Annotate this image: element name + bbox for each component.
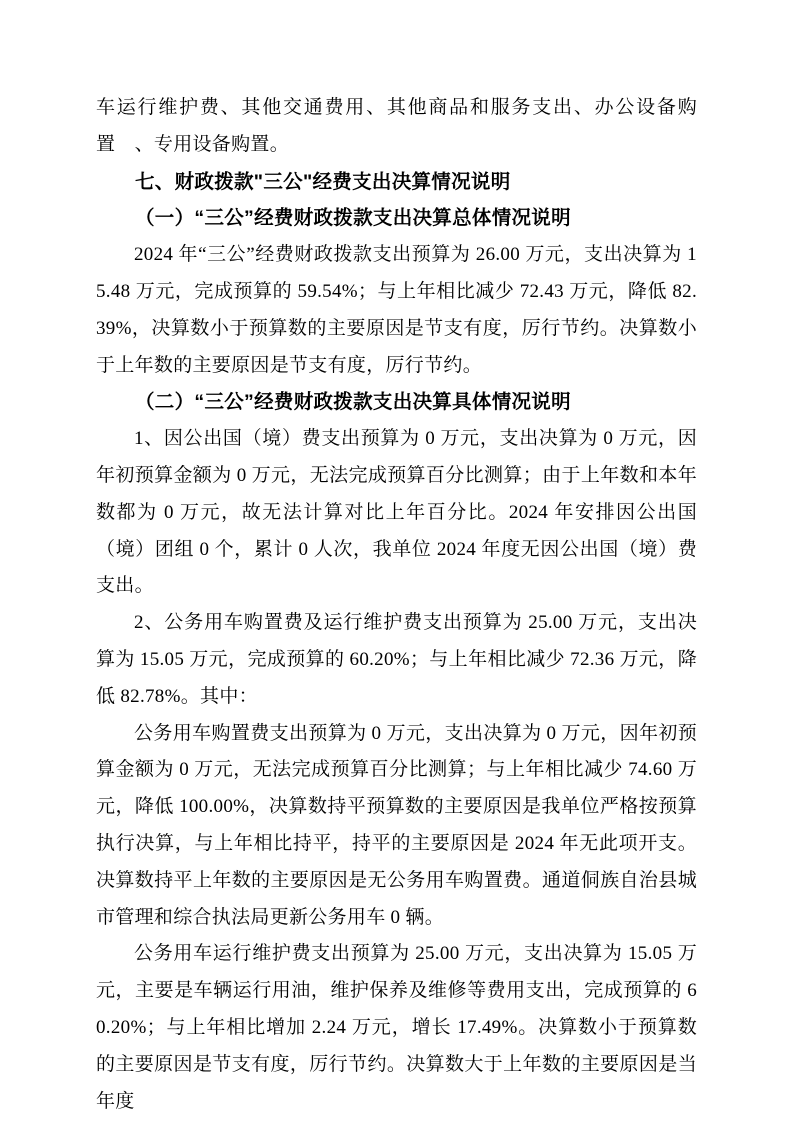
section-7-heading: 七、财政拨款"三公"经费支出决算情况说明 [96,164,697,201]
paragraph-overall-situation: 2024 年“三公”经费财政拨款支出预算为 26.00 万元，支出决算为 15.… [96,237,697,384]
document-content: 车运行维护费、其他交通费用、其他商品和服务支出、办公设备购置 、专用设备购置。 … [96,90,697,1120]
document-page: 车运行维护费、其他交通费用、其他商品和服务支出、办公设备购置 、专用设备购置。 … [0,0,793,1122]
paragraph-item2-vehicle-total: 2、公务用车购置费及运行维护费支出预算为 25.00 万元，支出决算为 15.0… [96,605,697,715]
subsection-1-heading: （一）“三公”经费财政拨款支出决算总体情况说明 [96,200,697,237]
subsection-2-heading: （二）“三公”经费财政拨款支出决算具体情况说明 [96,384,697,421]
paragraph-vehicle-purchase: 公务用车购置费支出预算为 0 万元，支出决算为 0 万元，因年初预算金额为 0 … [96,716,697,937]
paragraph-continued-from-previous-page: 车运行维护费、其他交通费用、其他商品和服务支出、办公设备购置 、专用设备购置。 [96,90,697,164]
paragraph-item1-abroad-expense: 1、因公出国（境）费支出预算为 0 万元，支出决算为 0 万元，因年初预算金额为… [96,421,697,605]
paragraph-vehicle-maintenance: 公务用车运行维护费支出预算为 25.00 万元，支出决算为 15.05 万元，主… [96,936,697,1120]
